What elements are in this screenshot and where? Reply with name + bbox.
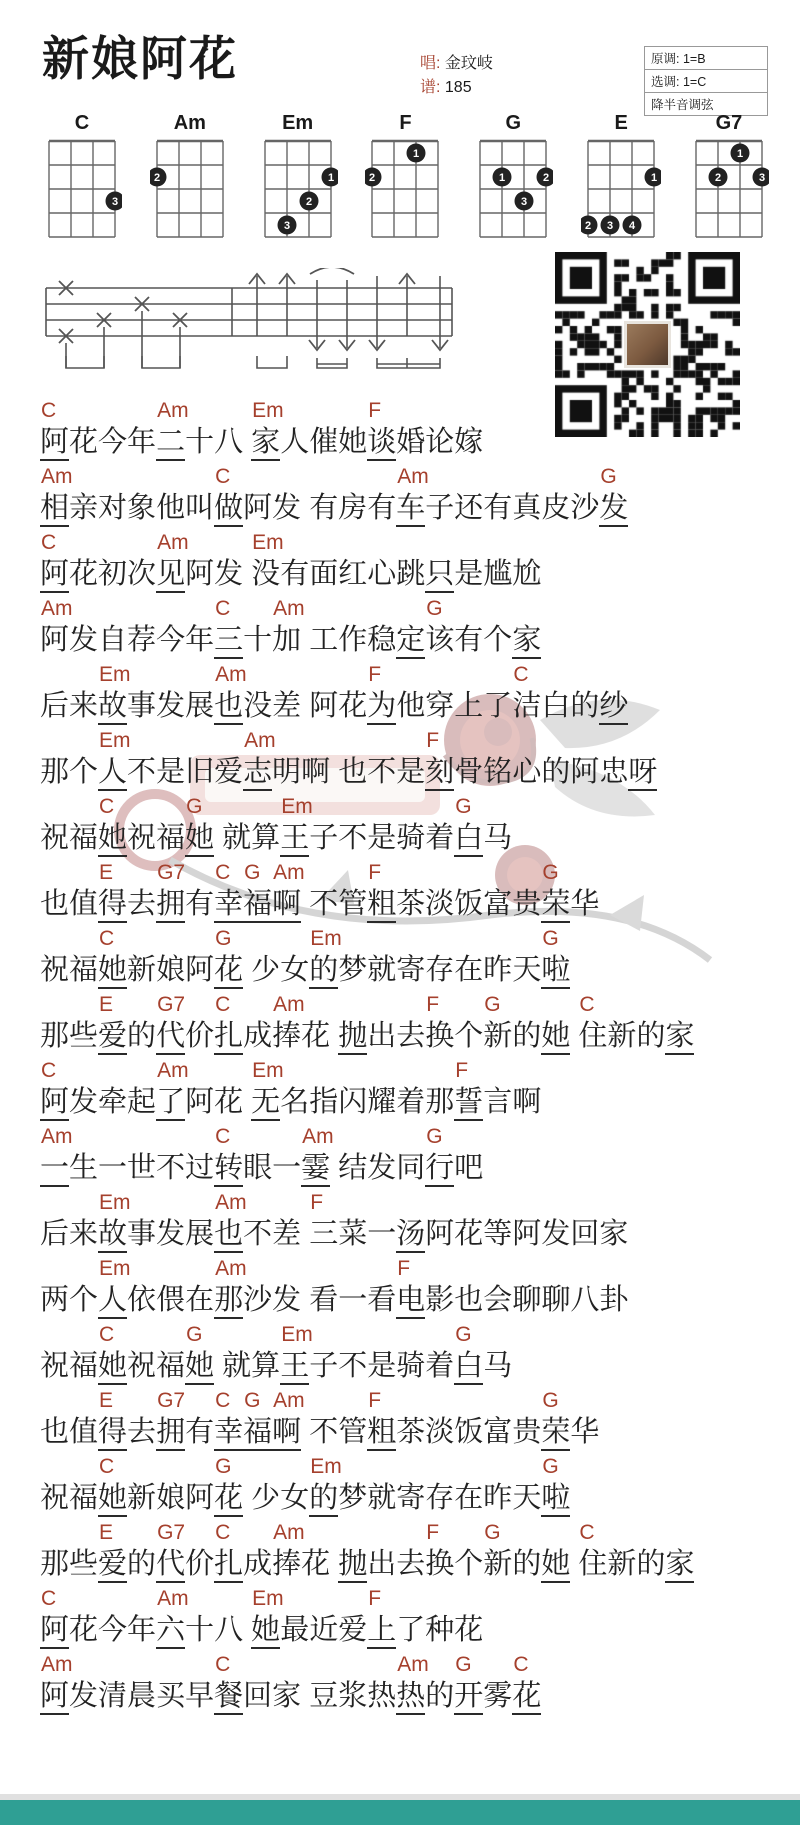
svg-text:2: 2 xyxy=(369,172,375,184)
lyric-text: 了阿花 xyxy=(156,1085,251,1122)
lyric-line: C阿花初次Am见阿发 Em没有面红心跳 只是尴尬 xyxy=(40,528,780,594)
chord-label: F xyxy=(367,1386,541,1415)
lyric-segment: Am那沙发 看一看 xyxy=(214,1254,396,1320)
chord-label: G xyxy=(541,1452,570,1481)
lyric-text: 车子还有真皮沙 xyxy=(396,491,599,528)
chord-sheet-page: 新娘阿花 唱: 金玟岐 谱: 185 原调: 1=B 选调: 1=C 降半音调弦… xyxy=(0,0,800,1825)
chord-label: C xyxy=(40,528,156,557)
chord-label: Am xyxy=(156,1056,251,1085)
chord-label: Am xyxy=(272,858,367,887)
lyric-text: 白马 xyxy=(454,1349,512,1386)
lyric-text: 阿花今年 xyxy=(40,425,156,462)
chord-label: E xyxy=(98,1518,156,1547)
lyric-text: 得去 xyxy=(98,1415,156,1452)
lyric-segment: Am阿发清晨买早 xyxy=(40,1650,214,1716)
chord-label: G xyxy=(425,1122,483,1151)
chord-label: Am xyxy=(40,1650,214,1679)
svg-text:3: 3 xyxy=(759,172,765,184)
lyric-line: C阿发牵起Am了阿花 Em无名指闪耀着那F誓言啊 xyxy=(40,1056,780,1122)
lyric-text: 故事发展 xyxy=(98,1217,214,1254)
lyric-text: 那些 xyxy=(40,1019,98,1056)
lyric-segment: C三十 xyxy=(214,594,272,660)
lyric-line: 也值E得去G7拥有C幸G福Am啊 不管F粗茶淡饭富贵G荣华 xyxy=(40,1386,780,1452)
chord-label: G xyxy=(185,792,280,821)
lyric-segment: 那些 xyxy=(40,990,98,1056)
chord-label: C xyxy=(98,924,214,953)
lyric-text: 誓言啊 xyxy=(454,1085,541,1122)
lyric-text: 刻骨铭心的阿忠呀 xyxy=(425,755,657,792)
lyric-text: 啦 xyxy=(541,1481,570,1518)
chord-diagram-row: C3Am2Em123F12G123E1234G7123 xyxy=(38,112,773,250)
key-info-box: 原调: 1=B 选调: 1=C 降半音调弦 xyxy=(644,46,768,116)
lyric-line: 两个Em人依偎在Am那沙发 看一看F电影也会聊聊八卦 xyxy=(40,1254,780,1320)
lyric-segment: C幸 xyxy=(214,858,243,924)
chord-diagram-Am: Am2 xyxy=(146,112,234,250)
lyric-text: 荣华 xyxy=(541,887,599,924)
lyric-text: 志明啊 也不是 xyxy=(243,755,425,792)
chord-diagram-F: F12 xyxy=(361,112,449,250)
lyric-text: 餐回家 豆浆热 xyxy=(214,1679,396,1716)
chord-label: G xyxy=(454,1320,512,1349)
lyric-line: Am一生一世不过C转眼一Am霎 结发同G行吧 xyxy=(40,1122,780,1188)
chord-label: F xyxy=(396,1254,628,1283)
svg-text:1: 1 xyxy=(737,148,743,160)
svg-text:1: 1 xyxy=(328,172,334,184)
chord-label: G xyxy=(214,1452,309,1481)
chord-label: F xyxy=(425,726,657,755)
lyric-segment: G开雾 xyxy=(454,1650,512,1716)
chord-diagram-label: G xyxy=(469,112,557,135)
qr-center-photo xyxy=(624,321,671,368)
chord-label: G xyxy=(185,1320,280,1349)
chord-label: Em xyxy=(251,1584,367,1613)
chord-diagram-label: G7 xyxy=(685,112,773,135)
lyric-segment: G福 xyxy=(243,1386,272,1452)
lyric-text: 她最近爱 xyxy=(251,1613,367,1650)
lyric-text: 王子不是骑着 xyxy=(280,821,454,858)
lyric-text: 祝福 xyxy=(40,821,98,858)
chord-label: Am xyxy=(156,528,251,557)
lyric-segment: G白马 xyxy=(454,1320,512,1386)
lyric-text: 她祝福 xyxy=(98,1349,185,1386)
chord-label: Em xyxy=(309,1452,541,1481)
lyric-text: 上了种花 xyxy=(367,1613,483,1650)
lyric-segment: 后来 xyxy=(40,660,98,726)
lyric-segment: Am二十八 xyxy=(156,396,251,462)
lyric-text: 换个 xyxy=(425,1019,483,1056)
lyric-segment: C她新娘阿 xyxy=(98,1452,214,1518)
chord-label: G7 xyxy=(156,858,214,887)
chord-label: F xyxy=(454,1056,541,1085)
lyric-segment: Em王子不是骑着 xyxy=(280,1320,454,1386)
lyric-text: 换个 xyxy=(425,1547,483,1584)
lyric-text: 粗茶淡饭富贵 xyxy=(367,887,541,924)
chord-label: F xyxy=(367,1584,483,1613)
chord-diagram-label: E xyxy=(577,112,665,135)
lyric-segment: Am也不差 xyxy=(214,1188,309,1254)
lyric-segment: F上了种花 xyxy=(367,1584,483,1650)
chord-label xyxy=(425,528,541,557)
lyric-text: 住新的家 xyxy=(578,1019,694,1056)
lyric-text: 洁白的纱 xyxy=(512,689,628,726)
lyric-text: 阿花初次 xyxy=(40,557,156,594)
strumming-pattern xyxy=(42,268,462,413)
lyric-text: 代价 xyxy=(156,1019,214,1056)
lyric-segment: 祝福 xyxy=(40,924,98,990)
chord-label: Am xyxy=(272,1518,425,1547)
lyric-segment: Am也没差 阿花 xyxy=(214,660,367,726)
chord-label: Em xyxy=(251,1056,454,1085)
lyric-text: 人不是旧爱 xyxy=(98,755,243,792)
lyric-segment: C阿花今年 xyxy=(40,396,156,462)
lyric-segment: Em家人催她 xyxy=(251,396,367,462)
lyric-segment: G该有个家 xyxy=(425,594,541,660)
lyric-segment: C阿花初次 xyxy=(40,528,156,594)
chord-label: Em xyxy=(98,1188,214,1217)
lyric-segment: C做阿发 有房有 xyxy=(214,462,396,528)
chord-label xyxy=(40,924,98,953)
chord-label: G xyxy=(483,1518,578,1547)
chord-diagram-label: C xyxy=(38,112,126,135)
chord-label: G xyxy=(425,594,541,623)
lyric-text: 拥有 xyxy=(156,1415,214,1452)
lyric-segment: C扎成 xyxy=(214,990,272,1056)
lyric-segment: Em王子不是骑着 xyxy=(280,792,454,858)
lyric-text: 得去 xyxy=(98,887,156,924)
lyric-text: 拥有 xyxy=(156,887,214,924)
chord-label xyxy=(40,990,98,1019)
svg-text:1: 1 xyxy=(499,172,505,184)
lyric-segment: F谈婚论嫁 xyxy=(367,396,483,462)
chord-label xyxy=(40,1254,98,1283)
lyric-text: 捧花 抛出去 xyxy=(272,1547,425,1584)
chord-label: C xyxy=(214,594,272,623)
lyric-text: 她新娘阿 xyxy=(98,1481,214,1518)
lyric-text: 霎 结发同 xyxy=(301,1151,425,1188)
lyric-text: 爱的 xyxy=(98,1547,156,1584)
lyric-text: 谈婚论嫁 xyxy=(367,425,483,462)
footer-bar xyxy=(0,1800,800,1825)
svg-text:2: 2 xyxy=(154,172,160,184)
lyric-text: 没有面红心跳 xyxy=(251,557,425,594)
lyric-segment: G7代价 xyxy=(156,1518,214,1584)
lyric-segment: C扎成 xyxy=(214,1518,272,1584)
chord-diagram-E: E1234 xyxy=(577,112,665,250)
lyric-segment: Em人不是旧爱 xyxy=(98,726,243,792)
chord-label: Em xyxy=(98,660,214,689)
lyric-segment: C幸 xyxy=(214,1386,243,1452)
svg-text:3: 3 xyxy=(521,196,527,208)
lyric-segment: G白马 xyxy=(454,792,512,858)
lyric-segment: G7拥有 xyxy=(156,858,214,924)
lyric-segment: G花 少女 xyxy=(214,1452,309,1518)
lyric-text: 后来 xyxy=(40,1217,98,1254)
lyric-segment: C转眼一 xyxy=(214,1122,301,1188)
lyric-line: 那些E爱的G7代价C扎成Am捧花 抛出去F换个G新的她 C住新的家 xyxy=(40,990,780,1056)
lyric-segment: 那个 xyxy=(40,726,98,792)
lyric-segment: Am啊 不管 xyxy=(272,858,367,924)
lyric-line: 后来Em故事发展Am也不差 F三菜一汤阿花等阿发回家 xyxy=(40,1188,780,1254)
lyric-segment: Am捧花 抛出去 xyxy=(272,1518,425,1584)
chord-diagram-G7: G7123 xyxy=(685,112,773,250)
chord-label xyxy=(40,792,98,821)
chord-label: G xyxy=(243,858,272,887)
lyric-text: 热的 xyxy=(396,1679,454,1716)
lyrics: C阿花今年Am二十八 Em家人催她F谈婚论嫁Am相亲对象他叫C做阿发 有房有Am… xyxy=(40,396,780,1716)
chord-label: C xyxy=(98,1452,214,1481)
chord-label: Am xyxy=(40,594,214,623)
lyric-segment: Am一生一世不过 xyxy=(40,1122,214,1188)
lyric-text: 爱的 xyxy=(98,1019,156,1056)
lyric-line: C阿花今年Am二十八 Em家人催她F谈婚论嫁 xyxy=(40,396,780,462)
chord-label: C xyxy=(214,990,272,1019)
lyric-line: Am阿发自荐今年C三十Am加 工作稳定G该有个家 xyxy=(40,594,780,660)
chord-label: F xyxy=(309,1188,628,1217)
lyric-text: 只是尴尬 xyxy=(425,557,541,594)
chord-label: C xyxy=(214,858,243,887)
lyric-text: 见阿发 xyxy=(156,557,251,594)
lyric-segment: Am了阿花 xyxy=(156,1056,251,1122)
lyric-line: 祝福C她新娘阿G花 少女Em的梦就寄存在昨天G啦 xyxy=(40,924,780,990)
lyric-segment: G她 就算 xyxy=(185,1320,280,1386)
chord-label: F xyxy=(425,990,483,1019)
chord-label: Am xyxy=(272,594,425,623)
lyric-line: Am相亲对象他叫C做阿发 有房有Am车子还有真皮沙G发 xyxy=(40,462,780,528)
svg-text:2: 2 xyxy=(543,172,549,184)
lyric-text: 白马 xyxy=(454,821,512,858)
chord-label xyxy=(40,858,98,887)
lyric-text: 那个 xyxy=(40,755,98,792)
chord-label: G xyxy=(541,858,599,887)
lyric-text: 也值 xyxy=(40,887,98,924)
lyric-text: 捧花 抛出去 xyxy=(272,1019,425,1056)
chord-label: Am xyxy=(214,660,367,689)
lyric-line: 后来Em故事发展Am也没差 阿花F为他穿上了C洁白的纱 xyxy=(40,660,780,726)
svg-text:2: 2 xyxy=(306,196,312,208)
lyric-segment: G7拥有 xyxy=(156,1386,214,1452)
lyric-segment: Am车子还有真皮沙 xyxy=(396,462,599,528)
lyric-segment: E爱的 xyxy=(98,990,156,1056)
lyric-line: C阿花今年Am六十八 Em她最近爱F上了种花 xyxy=(40,1584,780,1650)
lyric-text: 该有个家 xyxy=(425,623,541,660)
play-key: 选调: 1=C xyxy=(645,70,767,93)
lyric-segment: G新的她 xyxy=(483,1518,578,1584)
lyric-segment: G荣华 xyxy=(541,858,599,924)
chord-label: Am xyxy=(214,1254,396,1283)
lyric-text: 花 少女 xyxy=(214,953,309,990)
lyric-text: 祝福 xyxy=(40,1349,98,1386)
chord-label: F xyxy=(367,858,541,887)
lyric-segment: Em没有面红心跳 xyxy=(251,528,425,594)
lyric-segment: Am相亲对象他叫 xyxy=(40,462,214,528)
lyric-segment: G福 xyxy=(243,858,272,924)
lyric-segment: C住新的家 xyxy=(578,1518,694,1584)
lyric-segment: Am捧花 抛出去 xyxy=(272,990,425,1056)
lyric-text: 六十八 xyxy=(156,1613,251,1650)
chord-label: Am xyxy=(243,726,425,755)
chord-label: F xyxy=(425,1518,483,1547)
chord-label: C xyxy=(512,660,628,689)
chord-label: C xyxy=(578,990,694,1019)
lyric-text: 的梦就寄存在昨天 xyxy=(309,953,541,990)
lyric-text: 家人催她 xyxy=(251,425,367,462)
chord-label: Am xyxy=(156,1584,251,1613)
lyric-line: 也值E得去G7拥有C幸G福Am啊 不管F粗茶淡饭富贵G荣华 xyxy=(40,858,780,924)
chord-label: C xyxy=(40,396,156,425)
chord-label: C xyxy=(512,1650,541,1679)
lyric-line: 祝福C她祝福G她 就算Em王子不是骑着G白马 xyxy=(40,1320,780,1386)
lyric-segment: Am啊 不管 xyxy=(272,1386,367,1452)
chord-diagram-label: Am xyxy=(146,112,234,135)
lyric-segment: 后来 xyxy=(40,1188,98,1254)
lyric-text: 加 工作稳定 xyxy=(272,623,425,660)
lyric-segment: G7代价 xyxy=(156,990,214,1056)
chord-label: E xyxy=(98,1386,156,1415)
lyric-text: 荣华 xyxy=(541,1415,599,1452)
chord-label: G xyxy=(541,1386,599,1415)
chord-label: C xyxy=(214,1386,243,1415)
chord-diagram-label: F xyxy=(361,112,449,135)
chord-label: C xyxy=(40,1584,156,1613)
chord-label xyxy=(40,726,98,755)
chord-label: Em xyxy=(309,924,541,953)
lyric-segment: 也值 xyxy=(40,1386,98,1452)
lyric-segment: F电影也会聊聊八卦 xyxy=(396,1254,628,1320)
lyric-segment: G啦 xyxy=(541,924,570,990)
lyric-text: 也值 xyxy=(40,1415,98,1452)
lyric-text: 后来 xyxy=(40,689,98,726)
chord-label xyxy=(40,1452,98,1481)
chord-diagram-C: C3 xyxy=(38,112,126,250)
lyric-text: 住新的家 xyxy=(578,1547,694,1584)
chord-label xyxy=(40,1320,98,1349)
lyric-segment: F换个 xyxy=(425,1518,483,1584)
original-key: 原调: 1=B xyxy=(645,47,767,70)
chord-label: Am xyxy=(156,396,251,425)
chord-label: G7 xyxy=(156,1386,214,1415)
lyric-text: 行吧 xyxy=(425,1151,483,1188)
lyric-text: 二十八 xyxy=(156,425,251,462)
lyric-segment: C住新的家 xyxy=(578,990,694,1056)
lyric-segment: E爱的 xyxy=(98,1518,156,1584)
svg-text:3: 3 xyxy=(284,220,290,232)
lyric-text: 扎成 xyxy=(214,1019,272,1056)
lyric-text: 花 xyxy=(512,1679,541,1716)
lyric-segment: C餐回家 豆浆热 xyxy=(214,1650,396,1716)
lyric-segment: C阿发牵起 xyxy=(40,1056,156,1122)
lyric-segment: 祝福 xyxy=(40,792,98,858)
lyric-segment: 祝福 xyxy=(40,1452,98,1518)
lyric-segment: 只是尴尬 xyxy=(425,528,541,594)
lyric-text: 幸 xyxy=(214,887,243,924)
lyric-text: 人依偎在 xyxy=(98,1283,214,1320)
chord-diagram-Em: Em123 xyxy=(254,112,342,250)
singer-credit: 唱: 金玟岐 xyxy=(420,52,493,76)
lyric-text: 阿发牵起 xyxy=(40,1085,156,1122)
lyric-segment: F三菜一汤阿花等阿发回家 xyxy=(309,1188,628,1254)
lyric-text: 啊 不管 xyxy=(272,887,367,924)
lyric-segment: C花 xyxy=(512,1650,541,1716)
lyric-segment: G啦 xyxy=(541,1452,570,1518)
lyric-segment: E得去 xyxy=(98,1386,156,1452)
chord-label: G xyxy=(454,1650,512,1679)
lyric-segment: G新的她 xyxy=(483,990,578,1056)
lyric-text: 王子不是骑着 xyxy=(280,1349,454,1386)
lyric-segment: Am见阿发 xyxy=(156,528,251,594)
lyric-segment: Am六十八 xyxy=(156,1584,251,1650)
lyric-segment: F粗茶淡饭富贵 xyxy=(367,858,541,924)
lyric-segment: F为他穿上了 xyxy=(367,660,512,726)
lyric-segment: G发 xyxy=(599,462,628,528)
chord-label: C xyxy=(214,1650,396,1679)
chord-label xyxy=(40,1386,98,1415)
lyric-line: 那个Em人不是旧爱Am志明啊 也不是F刻骨铭心的阿忠呀 xyxy=(40,726,780,792)
chord-label: G xyxy=(454,792,512,821)
lyric-text: 做阿发 有房有 xyxy=(214,491,396,528)
lyric-text: 她新娘阿 xyxy=(98,953,214,990)
chord-label: Em xyxy=(280,792,454,821)
lyric-text: 三十 xyxy=(214,623,272,660)
lyric-text: 粗茶淡饭富贵 xyxy=(367,1415,541,1452)
chord-label: C xyxy=(98,1320,185,1349)
lyric-text: 开雾 xyxy=(454,1679,512,1716)
chord-label: F xyxy=(367,396,483,425)
arranger-credit: 谱: 185 xyxy=(420,76,493,100)
chord-label xyxy=(40,660,98,689)
lyric-line: 那些E爱的G7代价C扎成Am捧花 抛出去F换个G新的她 C住新的家 xyxy=(40,1518,780,1584)
chord-label: F xyxy=(367,660,512,689)
lyric-segment: Em她最近爱 xyxy=(251,1584,367,1650)
lyric-text: 新的她 xyxy=(483,1547,578,1584)
lyric-text: 她祝福 xyxy=(98,821,185,858)
svg-text:3: 3 xyxy=(607,220,613,232)
chord-label: C xyxy=(214,462,396,491)
chord-label: Em xyxy=(98,726,243,755)
svg-text:2: 2 xyxy=(585,220,591,232)
lyric-text: 扎成 xyxy=(214,1547,272,1584)
chord-label: Am xyxy=(396,1650,454,1679)
chord-label: E xyxy=(98,858,156,887)
chord-label: Am xyxy=(40,462,214,491)
lyric-text: 祝福 xyxy=(40,953,98,990)
lyric-text: 发 xyxy=(599,491,628,528)
lyric-segment: Am阿发自荐今年 xyxy=(40,594,214,660)
lyric-text: 阿发自荐今年 xyxy=(40,623,214,660)
lyric-segment: C阿花今年 xyxy=(40,1584,156,1650)
lyric-line: 祝福C她新娘阿G花 少女Em的梦就寄存在昨天G啦 xyxy=(40,1452,780,1518)
lyric-segment: 那些 xyxy=(40,1518,98,1584)
lyric-segment: Am志明啊 也不是 xyxy=(243,726,425,792)
svg-text:4: 4 xyxy=(629,220,636,232)
chord-label: C xyxy=(98,792,185,821)
lyric-text: 福 xyxy=(243,1415,272,1452)
lyric-text: 三菜一汤阿花等阿发回家 xyxy=(309,1217,628,1254)
chord-label: G7 xyxy=(156,990,214,1019)
svg-text:3: 3 xyxy=(112,196,118,208)
lyric-segment: Em人依偎在 xyxy=(98,1254,214,1320)
chord-label: C xyxy=(578,1518,694,1547)
page-title: 新娘阿花 xyxy=(42,22,238,89)
lyric-segment: F换个 xyxy=(425,990,483,1056)
lyric-segment: G她 就算 xyxy=(185,792,280,858)
lyric-segment: E得去 xyxy=(98,858,156,924)
lyric-segment: G花 少女 xyxy=(214,924,309,990)
lyric-text: 那沙发 看一看 xyxy=(214,1283,396,1320)
credits: 唱: 金玟岐 谱: 185 xyxy=(420,52,493,100)
svg-text:1: 1 xyxy=(413,148,419,160)
lyric-segment: Em故事发展 xyxy=(98,1188,214,1254)
chord-label xyxy=(40,1188,98,1217)
